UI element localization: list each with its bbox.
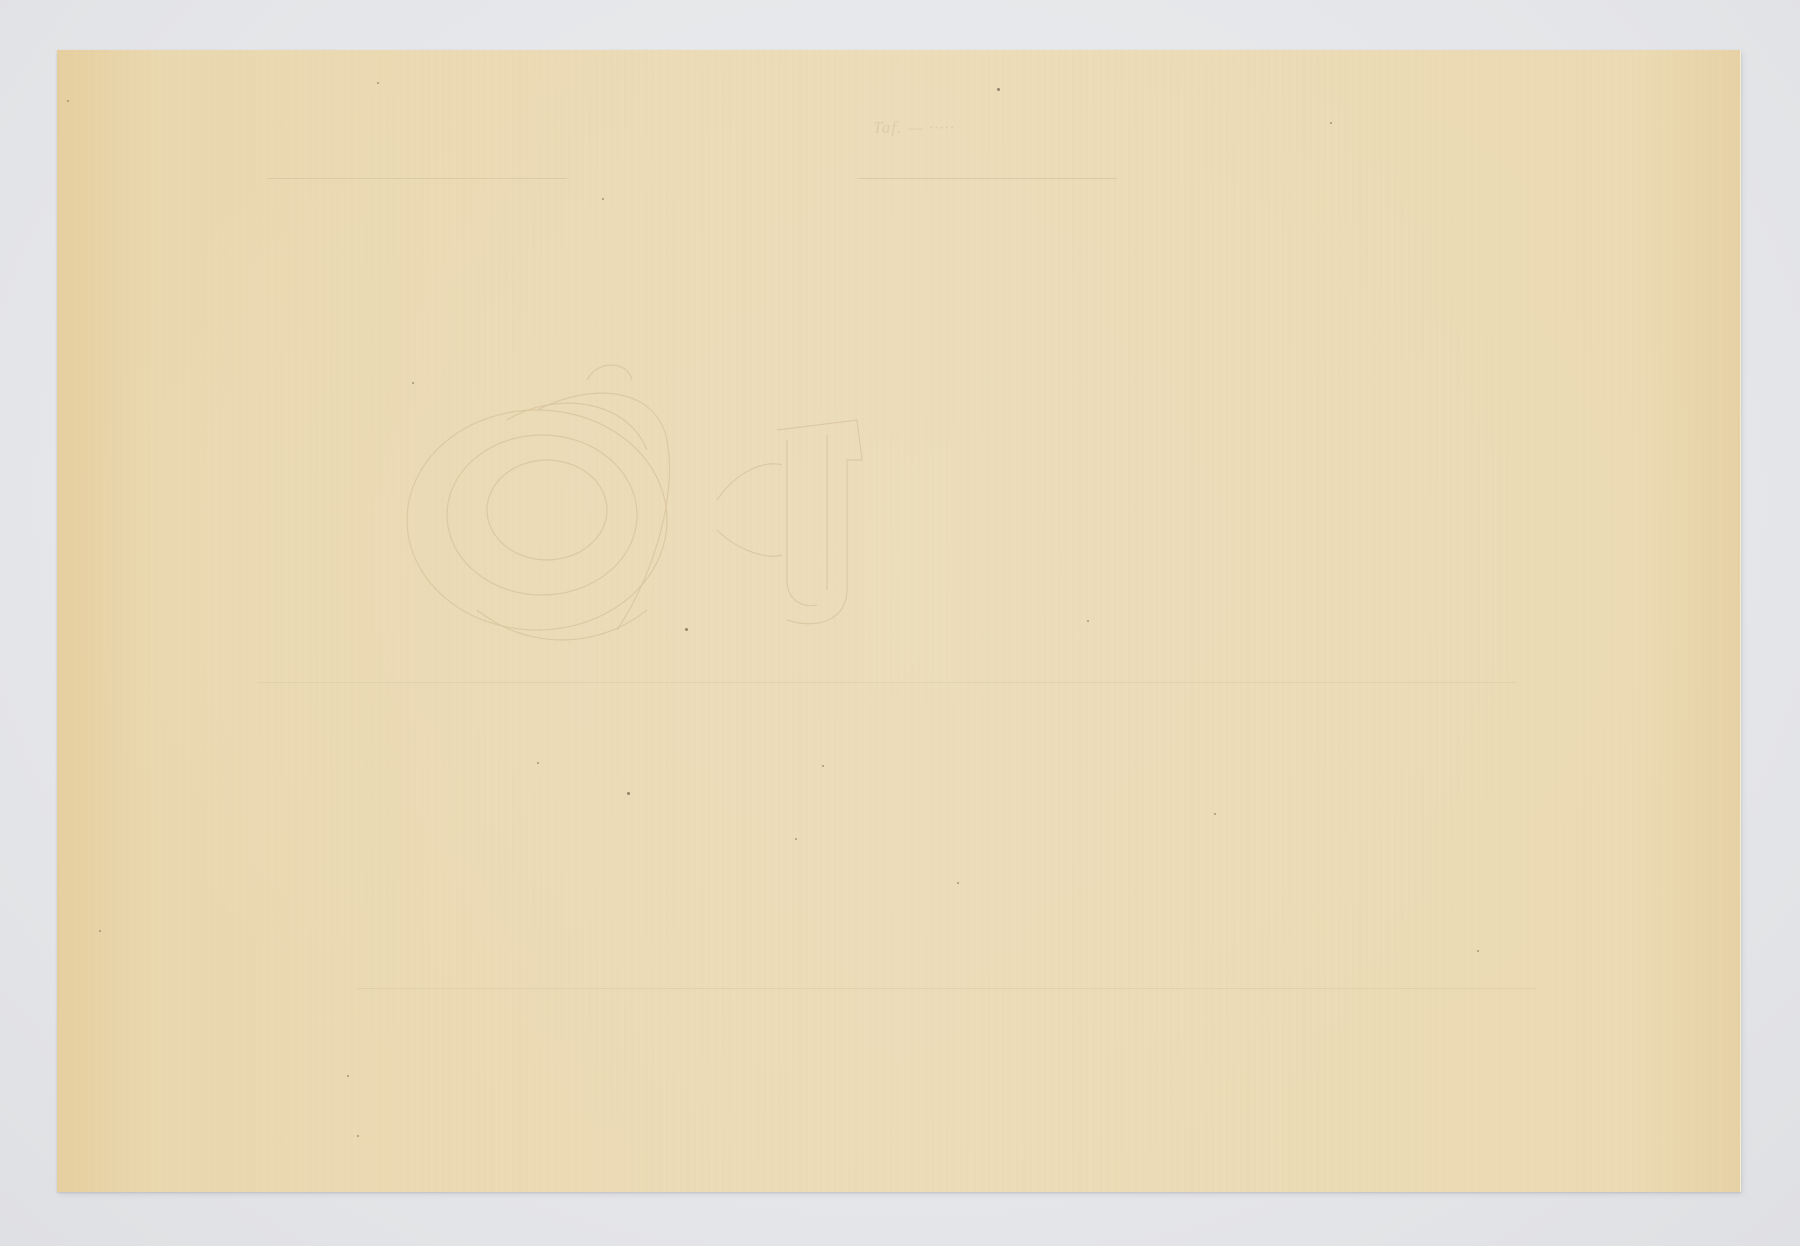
foxing-spot: [1330, 122, 1332, 124]
foxing-spot: [1087, 620, 1089, 622]
foxing-spot: [67, 100, 69, 102]
foxing-spot: [602, 198, 604, 200]
foxing-spot: [347, 1075, 349, 1077]
vessel-motif: [717, 420, 862, 624]
ghost-frame-bottom: [357, 988, 1537, 989]
ghost-frame-top-right: [857, 178, 1117, 179]
foxing-spot: [357, 1135, 359, 1137]
foxing-spot: [99, 930, 101, 932]
foxing-spot: [1477, 950, 1479, 952]
foxing-spot: [377, 82, 379, 84]
foxing-spot: [957, 882, 959, 884]
foxing-spot: [537, 762, 539, 764]
foxing-spot: [685, 628, 688, 631]
foxing-spot: [795, 838, 797, 840]
foxing-spot: [627, 792, 630, 795]
foxing-spot: [412, 382, 414, 384]
ghost-heading: Taf. — ·····: [799, 118, 1029, 138]
foxing-spot: [997, 88, 1000, 91]
foxing-spot: [822, 765, 824, 767]
shell-helmet-motif: [407, 365, 670, 640]
paper-sheet: Taf. — ·····: [57, 50, 1741, 1192]
foxing-spot: [1214, 813, 1216, 815]
ghost-engraving: [357, 350, 977, 690]
ghost-frame-top-left: [267, 178, 567, 179]
